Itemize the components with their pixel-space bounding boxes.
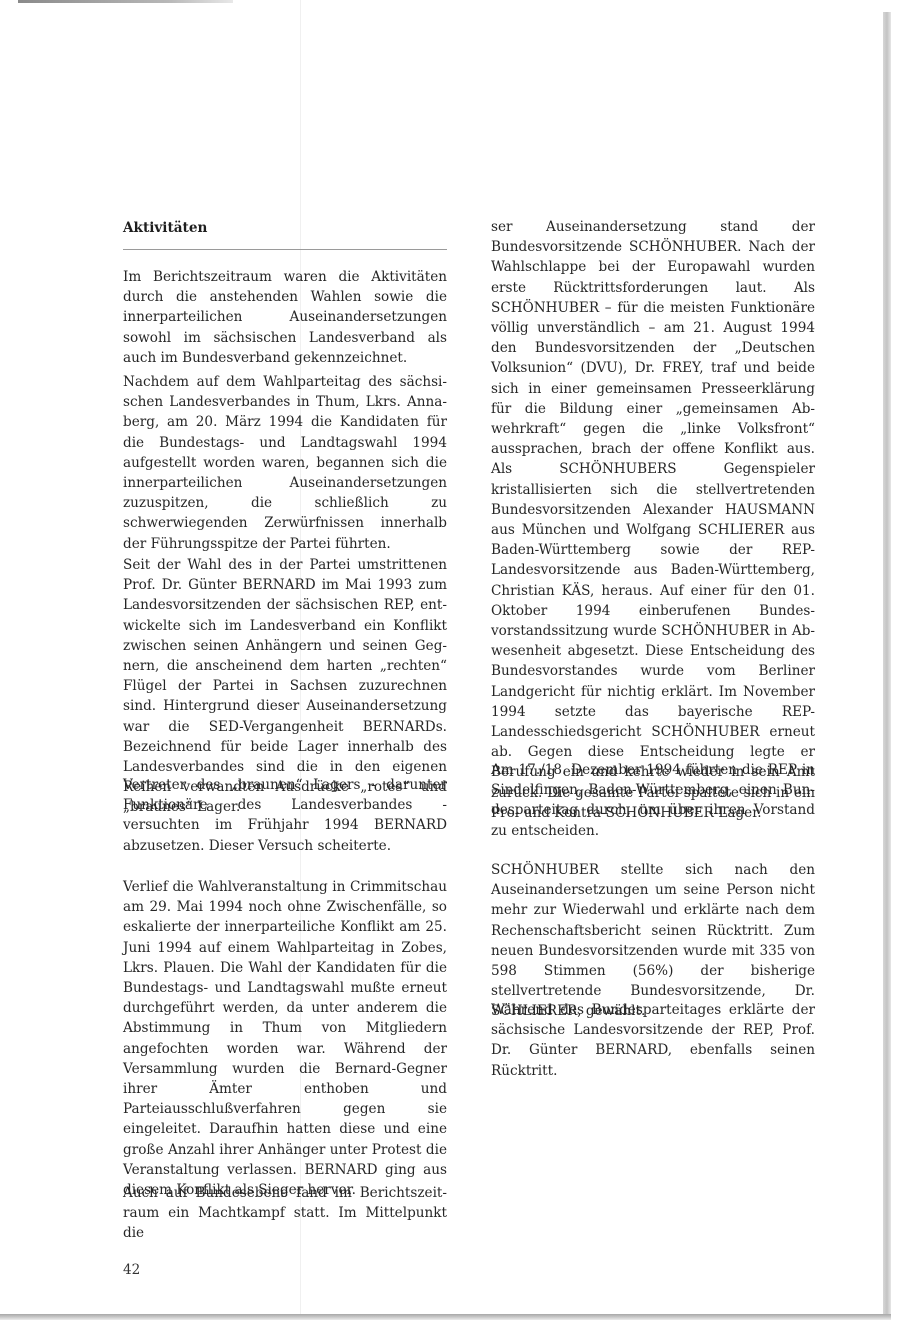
paragraph: Nachdem auf dem Wahlparteitag des sächsi… bbox=[123, 372, 447, 554]
paragraph: Vertreter des „braunen“ Lagers - darunte… bbox=[123, 775, 447, 856]
paragraph: Im Berichtszeitraum waren die Aktivitäte… bbox=[123, 267, 447, 368]
paragraph: Verlief die Wahlveranstaltung in Crimmit… bbox=[123, 877, 447, 1200]
paragraph: Während des Bundesparteitages erklärte d… bbox=[491, 1000, 815, 1081]
paragraph: Auch auf Bundesebene fand im Berichtszei… bbox=[123, 1183, 447, 1244]
scan-top-edge bbox=[18, 0, 233, 3]
paragraph: SCHÖNHUBER stellte sich nach den Auseina… bbox=[491, 860, 815, 1022]
section-heading: Aktivitäten bbox=[123, 220, 207, 236]
paragraph: Am 17./18. Dezember 1994 führten die REP… bbox=[491, 760, 815, 841]
scan-bottom-edge bbox=[0, 1314, 891, 1320]
scan-right-edge bbox=[883, 12, 891, 1317]
page-number: 42 bbox=[123, 1262, 140, 1278]
heading-rule bbox=[123, 249, 447, 250]
paragraph: ser Auseinandersetzung stand der Bundesv… bbox=[491, 217, 815, 823]
